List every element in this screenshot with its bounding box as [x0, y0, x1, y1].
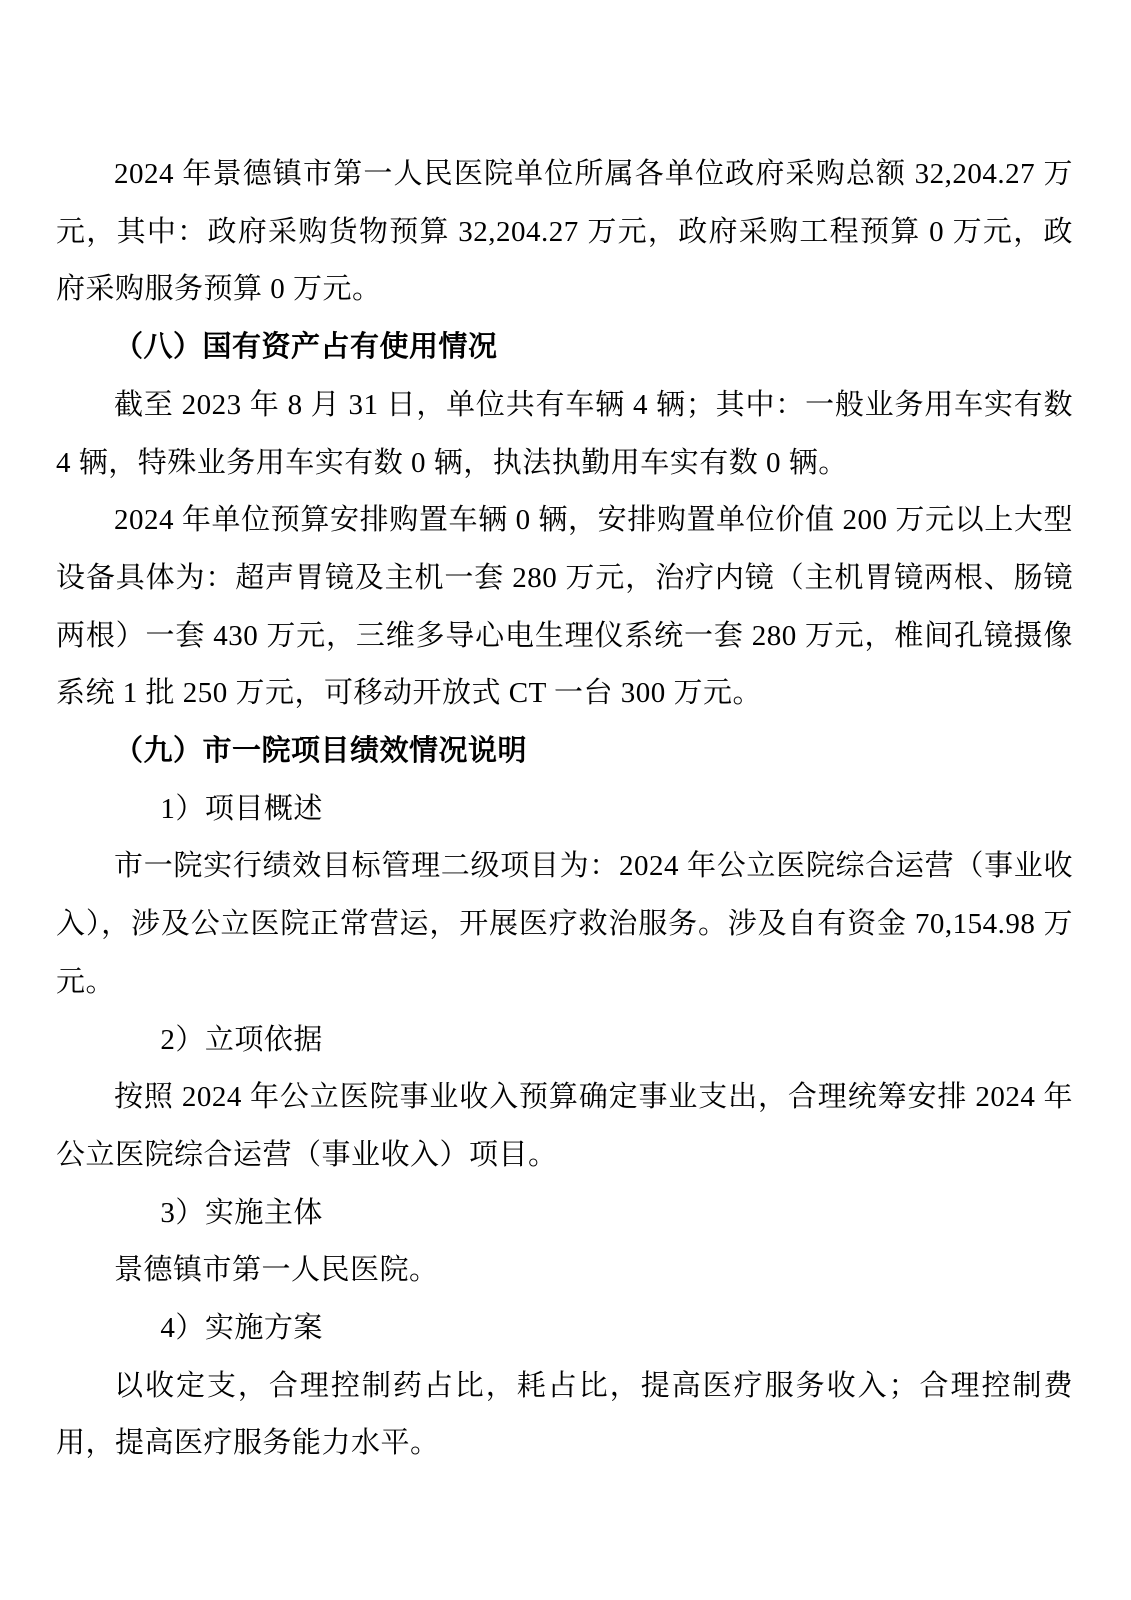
document-page: 2024 年景德镇市第一人民医院单位所属各单位政府采购总额 32,204.27 … [0, 0, 1131, 1600]
subitem-2-project-basis: 2）立项依据 [56, 1012, 1073, 1070]
subitem-3-implementing-entity: 3）实施主体 [56, 1185, 1073, 1243]
heading-section-8-state-assets: （八）国有资产占有使用情况 [56, 319, 1073, 377]
paragraph-equipment-budget: 2024 年单位预算安排购置车辆 0 辆，安排购置单位价值 200 万元以上大型… [56, 492, 1073, 723]
paragraph-vehicle-count: 截至 2023 年 8 月 31 日，单位共有车辆 4 辆；其中：一般业务用车实… [56, 377, 1073, 492]
paragraph-procurement-total: 2024 年景德镇市第一人民医院单位所属各单位政府采购总额 32,204.27 … [56, 146, 1073, 319]
paragraph-project-overview-detail: 市一院实行绩效目标管理二级项目为：2024 年公立医院综合运营（事业收入），涉及… [56, 838, 1073, 1011]
subitem-4-implementation-plan: 4）实施方案 [56, 1300, 1073, 1358]
paragraph-implementation-plan-detail: 以收定支，合理控制药占比，耗占比，提高医疗服务收入；合理控制费用，提高医疗服务能… [56, 1358, 1073, 1473]
subitem-1-project-overview: 1）项目概述 [56, 781, 1073, 839]
paragraph-project-basis-detail: 按照 2024 年公立医院事业收入预算确定事业支出，合理统筹安排 2024 年公… [56, 1069, 1073, 1184]
heading-section-9-project-performance: （九）市一院项目绩效情况说明 [56, 723, 1073, 781]
paragraph-implementing-entity-detail: 景德镇市第一人民医院。 [56, 1242, 1073, 1300]
